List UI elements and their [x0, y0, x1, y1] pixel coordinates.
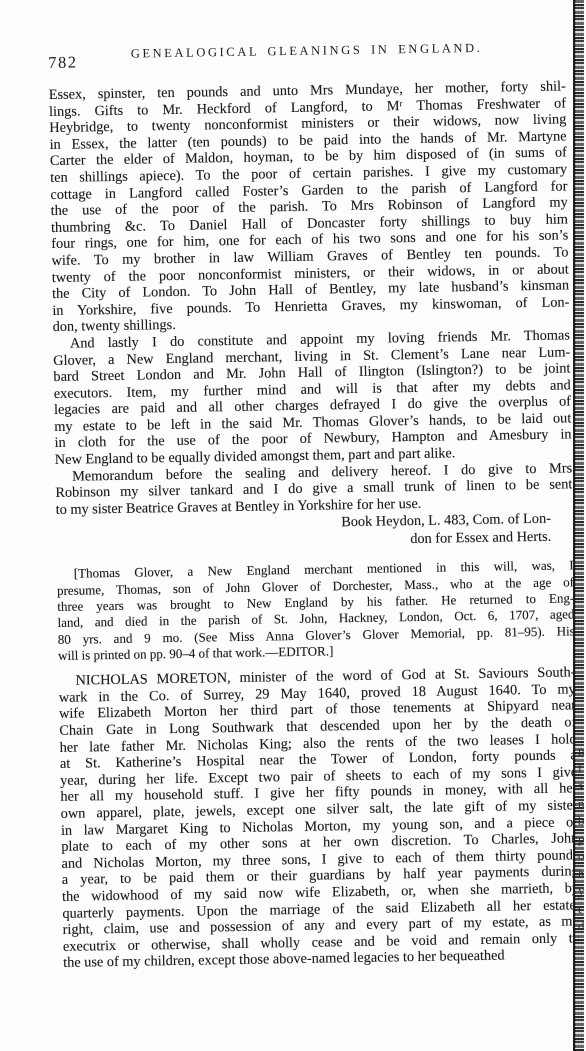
running-header: GENEALOGICAL GLEANINGS IN ENGLAND.: [48, 39, 565, 63]
adjacent-page-fragment: p: [578, 830, 586, 848]
adjacent-page-fragment: d: [578, 917, 586, 935]
editor-note: [Thomas Glover, a New England merchant m…: [57, 558, 576, 664]
adjacent-page-fragment: i: [578, 760, 586, 778]
will-text-paragraph: And lastly I do constitute and appoint m…: [53, 327, 572, 468]
scanned-book-page: 782 GENEALOGICAL GLEANINGS IN ENGLAND. E…: [0, 0, 586, 1051]
will-text-block: Essex, spinster, ten pounds and unto Mrs…: [49, 78, 581, 971]
adjacent-page-fragment: y: [578, 882, 586, 900]
will-text-paragraph: Memorandum before the sealing and delive…: [55, 460, 573, 518]
adjacent-page-fragment: h: [578, 865, 586, 883]
will-text-paragraph: NICHOLAS MORETON, minister of the word o…: [58, 665, 580, 972]
adjacent-page-fragment: n: [578, 742, 586, 760]
adjacent-page-fragment: s: [578, 777, 586, 795]
adjacent-page-fragment: t: [578, 900, 586, 918]
adjacent-page-fragment: b: [578, 812, 586, 830]
adjacent-page-text-fragments: nisnbpohytd: [578, 742, 586, 935]
page-content: 782 GENEALOGICAL GLEANINGS IN ENGLAND. E…: [48, 37, 580, 971]
page-header: 782 GENEALOGICAL GLEANINGS IN ENGLAND.: [48, 37, 565, 74]
adjacent-page-fragment: n: [578, 795, 586, 813]
will-text-paragraph: Essex, spinster, ten pounds and unto Mrs…: [49, 78, 570, 335]
adjacent-page-fragment: o: [578, 847, 586, 865]
